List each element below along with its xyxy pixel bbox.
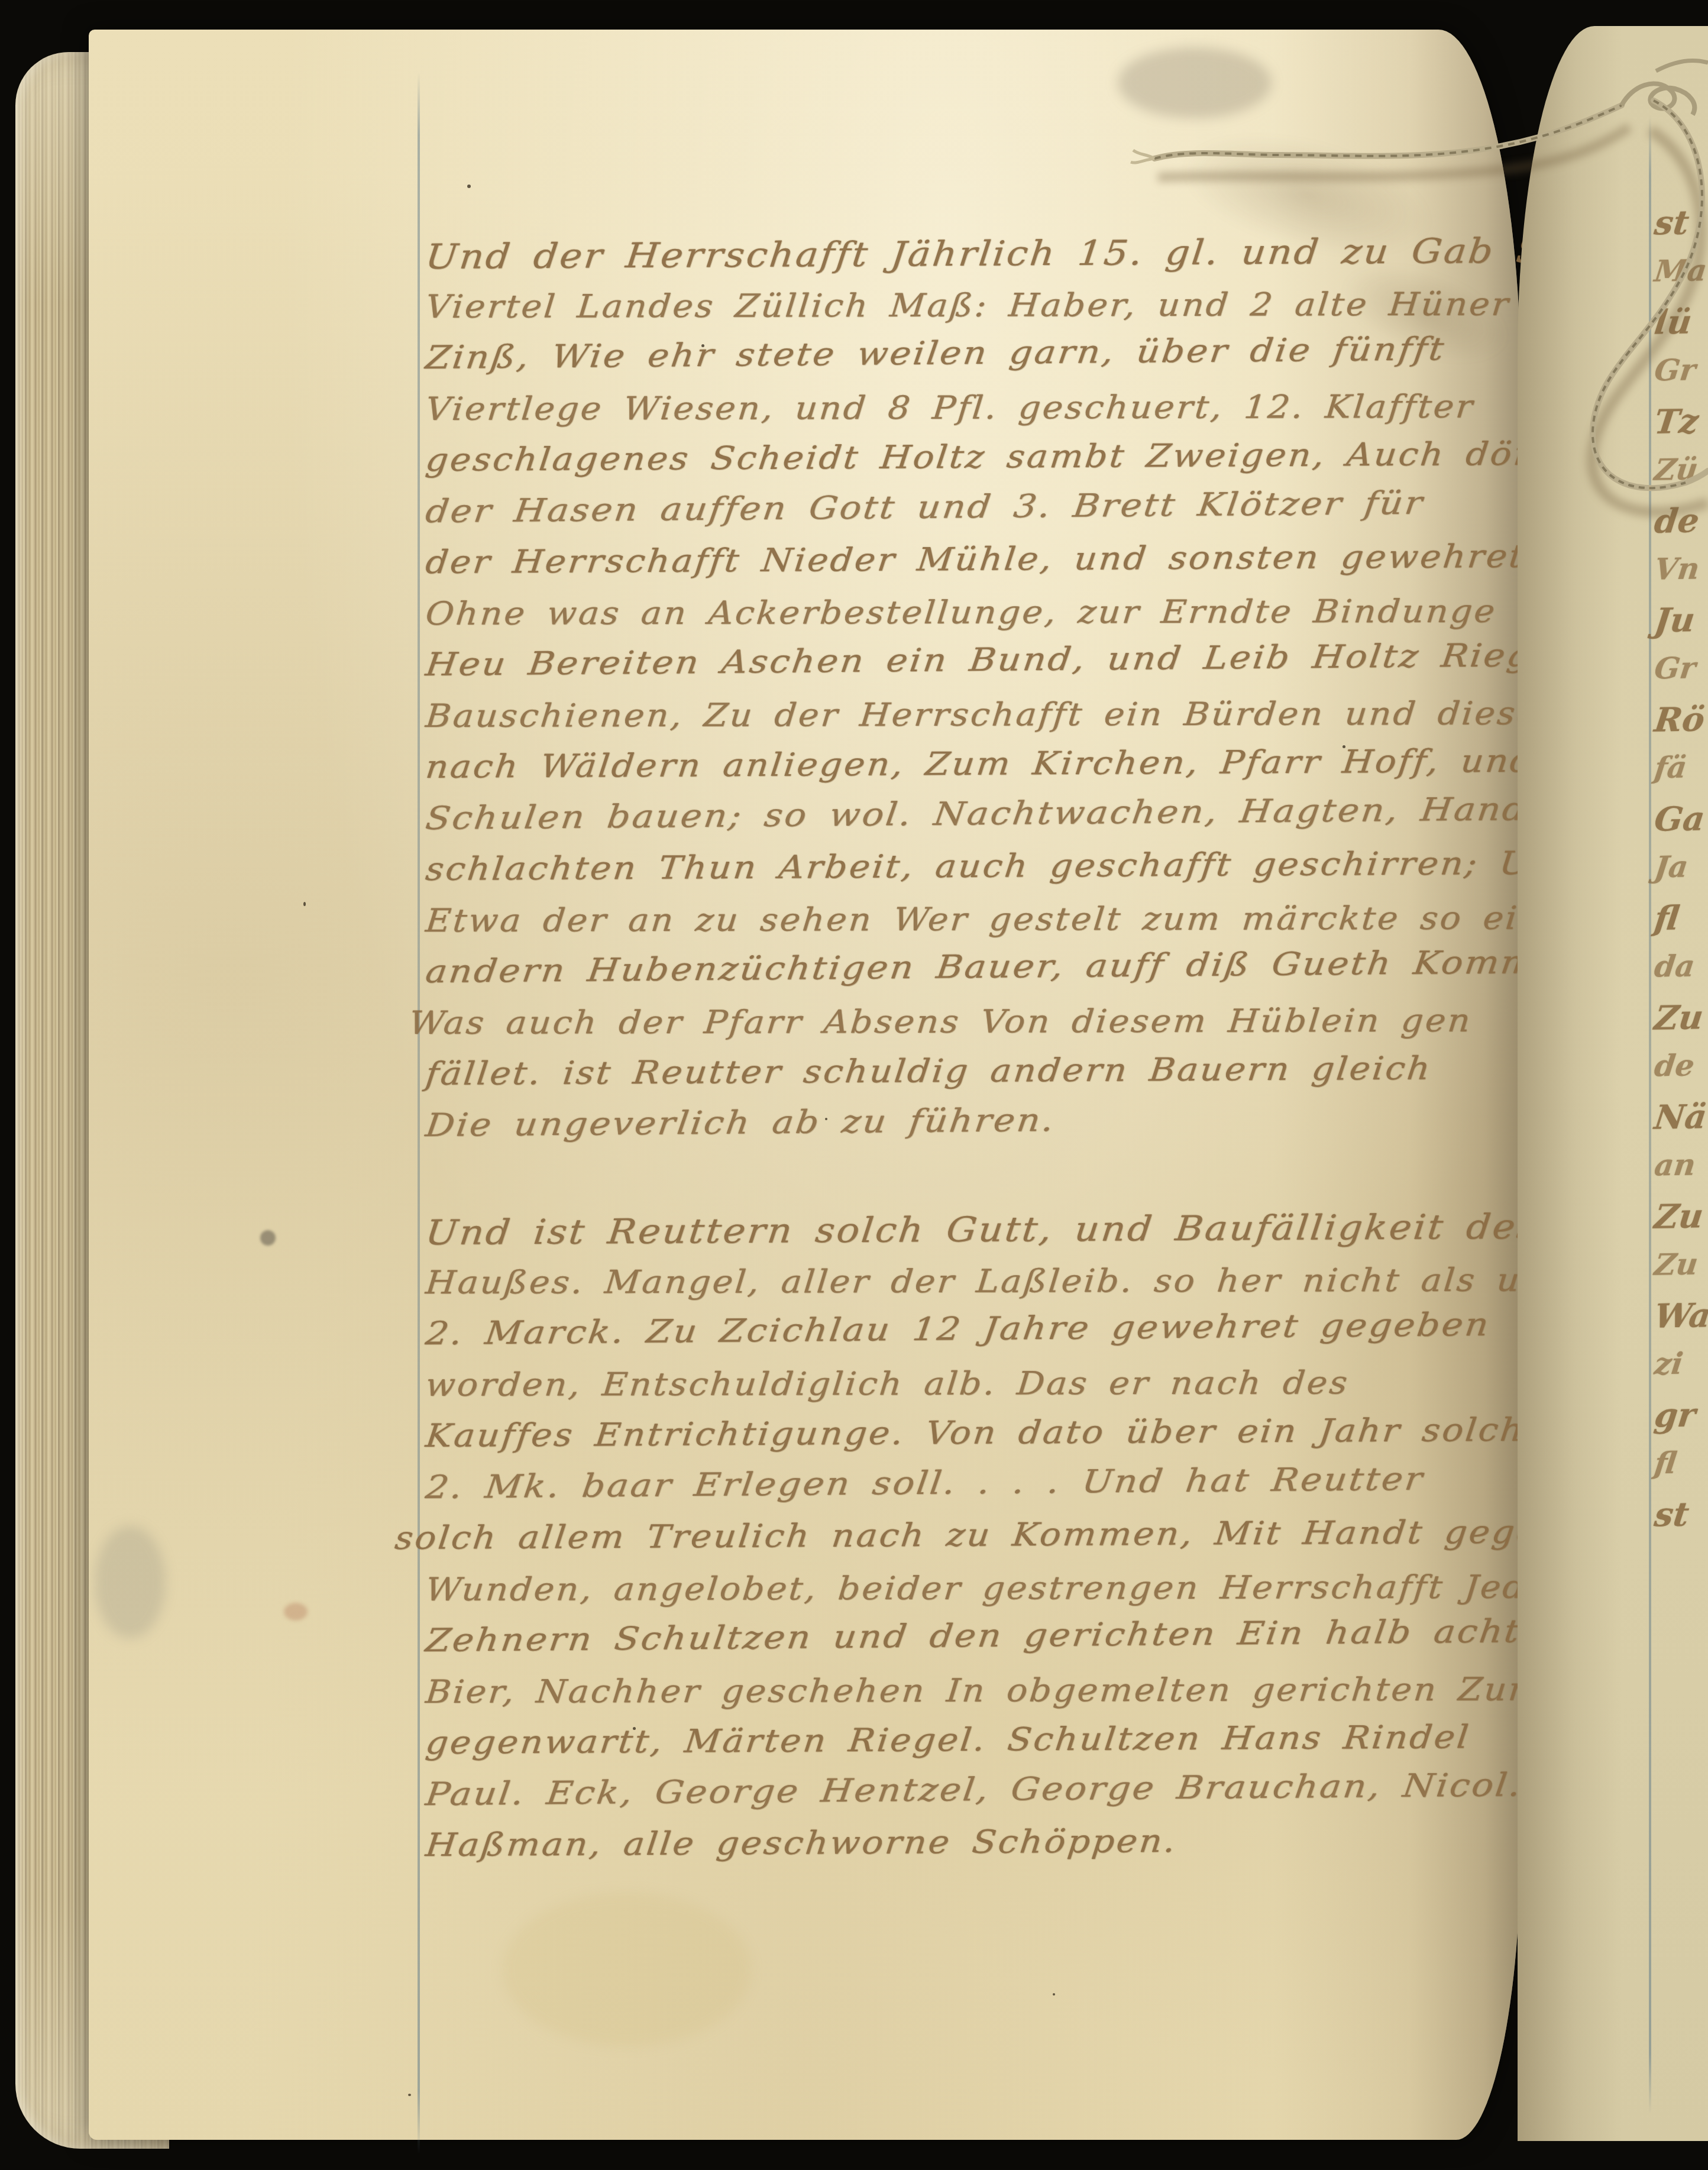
binding-thread — [0, 0, 1708, 2170]
thread-shadow — [1158, 127, 1708, 512]
manuscript-scan: Und der Herrschafft Jährlich 15. gl. und… — [0, 0, 1708, 2170]
thread-strand — [1131, 60, 1708, 488]
